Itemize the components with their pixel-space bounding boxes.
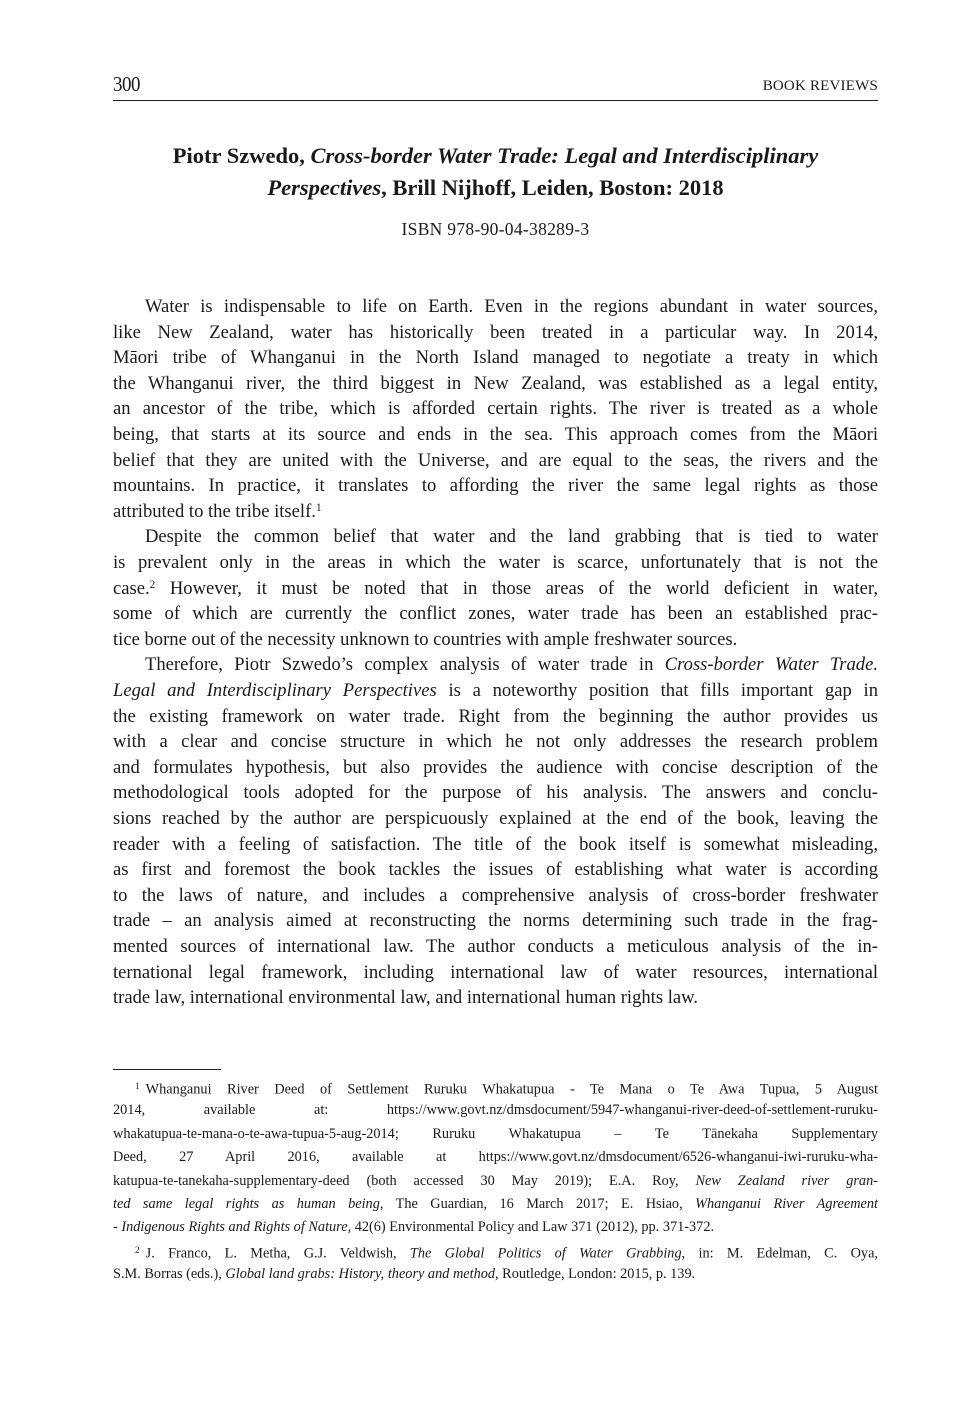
cited-title: Global land grabs: History, theory and m… bbox=[225, 1266, 498, 1282]
body-line: with a clear and concise structure in wh… bbox=[113, 729, 878, 754]
section-name: BOOK REVIEWS bbox=[763, 78, 878, 95]
footnote-separator bbox=[113, 1069, 221, 1070]
footnote-text: Whanganui River Deed of Settlement Ruruk… bbox=[146, 1082, 878, 1098]
body-line: Despite the common belief that water and… bbox=[145, 524, 878, 549]
body-line: case.2 However, it must be noted that in… bbox=[113, 576, 878, 601]
body-line: is prevalent only in the areas in which … bbox=[113, 550, 878, 575]
book-title-inline: Cross-border Water Trade. bbox=[665, 654, 878, 675]
body-line: being, that starts at its source and end… bbox=[113, 422, 878, 447]
review-title-line-2: Perspectives, Brill Nijhoff, Leiden, Bos… bbox=[113, 172, 878, 204]
review-title-line-1: Piotr Szwedo, Cross-border Water Trade: … bbox=[113, 140, 878, 172]
footnote-text: 42(6) Environmental Policy and Law 371 (… bbox=[351, 1219, 714, 1235]
footnote-1-line: whakatupua-te-mana-o-te-awa-tupua-5-aug-… bbox=[113, 1123, 878, 1145]
publisher-info: , Brill Nijhoff, Leiden, Boston: 2018 bbox=[381, 175, 724, 200]
book-title-continued: Perspectives bbox=[267, 175, 381, 200]
body-line-text: case. bbox=[113, 578, 150, 599]
body-line: like New Zealand, water has historically… bbox=[113, 320, 878, 345]
footnote-1-line: Deed, 27 April 2016, available at https:… bbox=[113, 1146, 878, 1168]
body-line: Therefore, Piotr Szwedo’s complex analys… bbox=[145, 652, 878, 677]
body-line-text: However, it must be noted that in those … bbox=[155, 578, 878, 599]
running-header: 300 BOOK REVIEWS bbox=[113, 72, 878, 101]
book-review-page: 300 BOOK REVIEWS Piotr Szwedo, Cross-bor… bbox=[0, 0, 975, 1406]
book-title-inline: Legal and Interdisciplinary Perspectives bbox=[113, 680, 437, 701]
footnote-1-line: katupua-te-tanekaha-supplementary-deed (… bbox=[113, 1170, 878, 1192]
book-author: Piotr Szwedo, bbox=[173, 143, 311, 168]
body-line: tice borne out of the necessity unknown … bbox=[113, 627, 878, 652]
body-line: mented sources of international law. The… bbox=[113, 934, 878, 959]
footnote-1-line: - Indigenous Rights and Rights of Nature… bbox=[113, 1216, 878, 1238]
footnote-text: Routledge, London: 2015, p. 139. bbox=[499, 1266, 696, 1282]
footnote-text: katupua-te-tanekaha-supplementary-deed (… bbox=[113, 1173, 695, 1189]
footnote-1-line: ted same legal rights as human being, Th… bbox=[113, 1193, 878, 1215]
cited-title: ted same legal rights as human being, bbox=[113, 1196, 383, 1212]
body-line: ternational legal framework, including i… bbox=[113, 960, 878, 985]
body-line: trade law, international environmental l… bbox=[113, 985, 878, 1010]
cited-title: Whanganui River Agreement bbox=[695, 1196, 878, 1212]
body-line: Legal and Interdisciplinary Perspectives… bbox=[113, 678, 878, 703]
footnote-text: The Guardian, 16 March 2017; E. Hsiao, bbox=[383, 1196, 695, 1212]
body-line: Māori tribe of Whanganui in the North Is… bbox=[113, 345, 878, 370]
body-line: to the laws of nature, and includes a co… bbox=[113, 883, 878, 908]
body-line: belief that they are united with the Uni… bbox=[113, 448, 878, 473]
body-line: attributed to the tribe itself.1 bbox=[113, 499, 878, 524]
cited-title: New Zealand river gran- bbox=[695, 1173, 878, 1189]
footnote-ref-1[interactable]: 1 bbox=[316, 502, 322, 514]
body-line: sions reached by the author are perspicu… bbox=[113, 806, 878, 831]
footnote-number: 2 bbox=[135, 1246, 140, 1256]
body-line: as first and foremost the book tackles t… bbox=[113, 857, 878, 882]
body-line: an ancestor of the tribe, which is affor… bbox=[113, 396, 878, 421]
footnote-text: J. Franco, L. Metha, G.J. Veldwish, bbox=[146, 1245, 410, 1261]
footnote-text: , in: M. Edelman, C. Oya, bbox=[682, 1245, 878, 1261]
body-line: trade – an analysis aimed at reconstruct… bbox=[113, 908, 878, 933]
body-line: the Whanganui river, the third biggest i… bbox=[113, 371, 878, 396]
body-line-text: Therefore, Piotr Szwedo’s complex analys… bbox=[145, 654, 665, 675]
footnote-number: 1 bbox=[135, 1082, 140, 1092]
footnote-2-line: 2J. Franco, L. Metha, G.J. Veldwish, The… bbox=[135, 1240, 878, 1262]
body-line: the existing framework on water trade. R… bbox=[113, 704, 878, 729]
body-line-text: attributed to the tribe itself. bbox=[113, 501, 316, 522]
footnote-1-line: 2014, available at: https://www.govt.nz/… bbox=[113, 1099, 878, 1121]
footnote-2-line: S.M. Borras (eds.), Global land grabs: H… bbox=[113, 1263, 878, 1285]
body-line-text: is a noteworthy position that fills impo… bbox=[437, 680, 878, 701]
body-line: reader with a feeling of satisfaction. T… bbox=[113, 832, 878, 857]
footnote-text: S.M. Borras (eds.), bbox=[113, 1266, 225, 1282]
isbn: ISBN 978-90-04-38289-3 bbox=[113, 219, 878, 240]
page-number: 300 bbox=[113, 72, 140, 97]
cited-title: - Indigenous Rights and Rights of Nature… bbox=[113, 1219, 351, 1235]
body-line: and formulates hypothesis, but also prov… bbox=[113, 755, 878, 780]
cited-title: The Global Politics of Water Grabbing bbox=[410, 1245, 682, 1261]
body-line: Water is indispensable to life on Earth.… bbox=[145, 294, 878, 319]
body-line: some of which are currently the conflict… bbox=[113, 601, 878, 626]
body-line: mountains. In practice, it translates to… bbox=[113, 473, 878, 498]
footnote-1-line: 1Whanganui River Deed of Settlement Ruru… bbox=[135, 1076, 878, 1098]
body-line: methodological tools adopted for the pur… bbox=[113, 780, 878, 805]
book-title: Cross-border Water Trade: Legal and Inte… bbox=[310, 143, 818, 168]
